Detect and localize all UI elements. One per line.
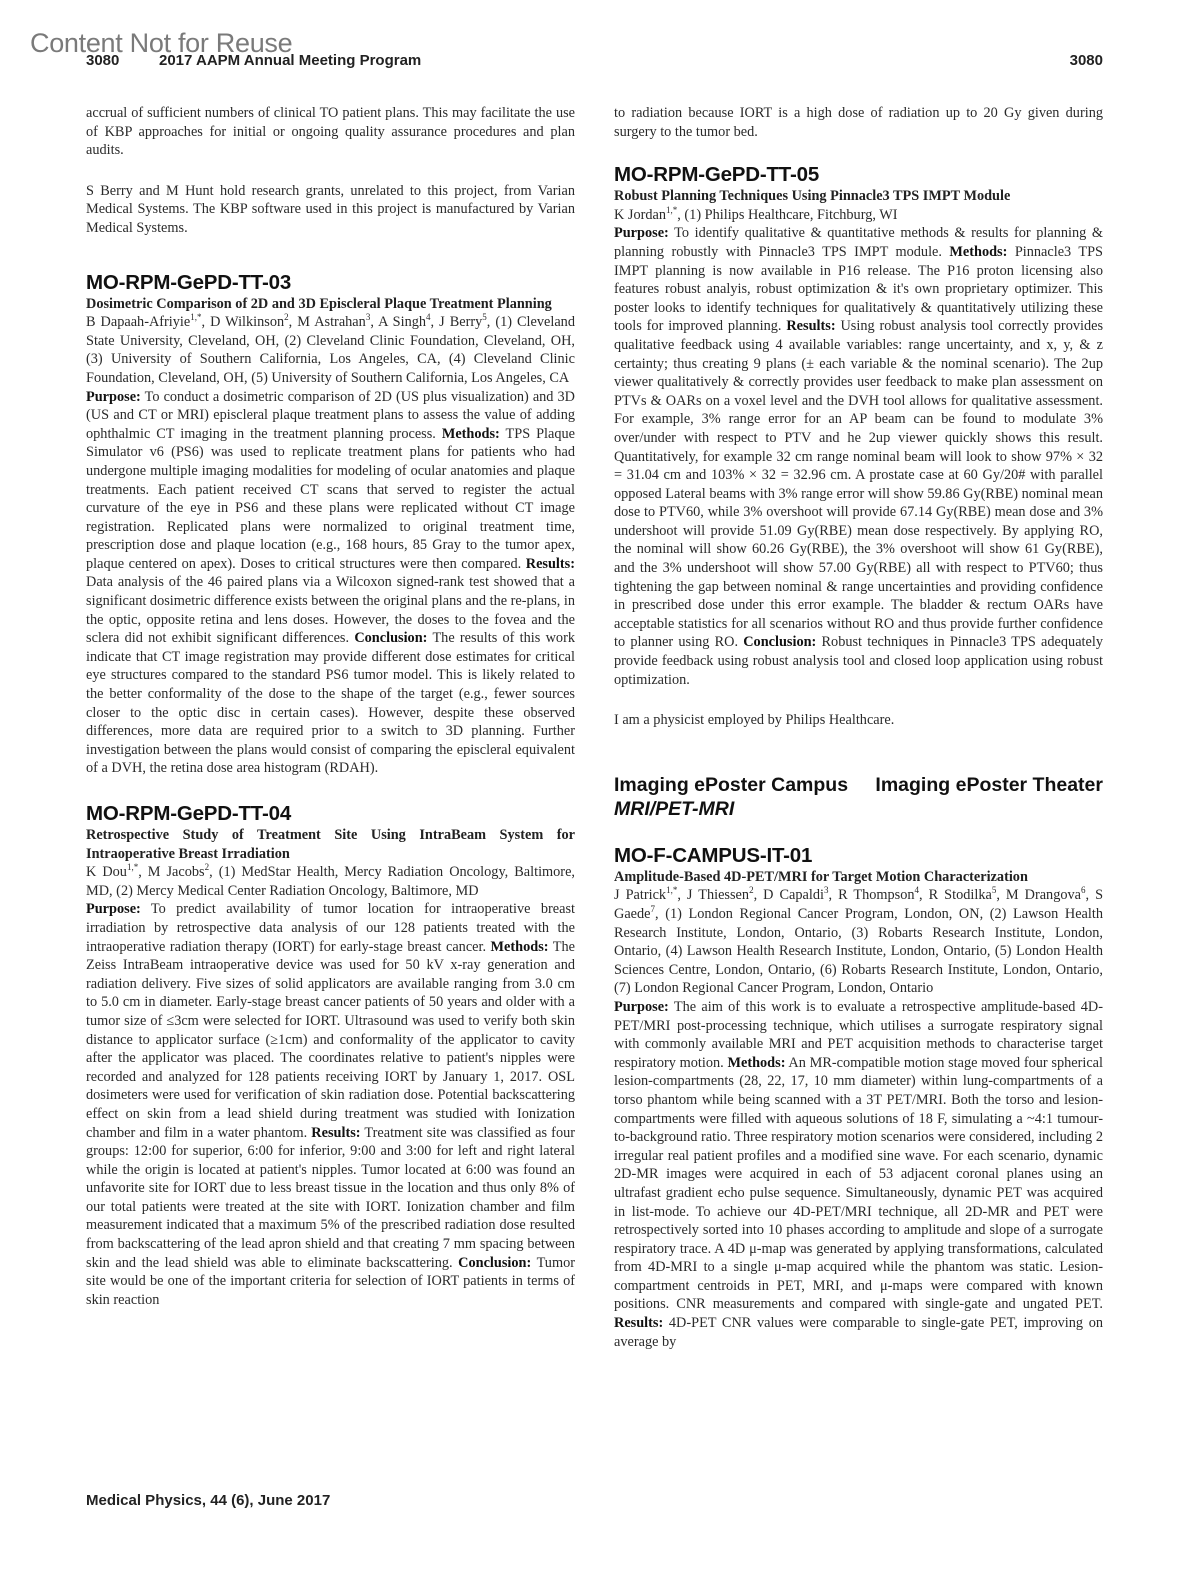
- methods-label: Methods:: [491, 939, 549, 955]
- conclusion-text: The results of this work indicate that C…: [86, 630, 575, 776]
- results-text: Treatment site was classified as four gr…: [86, 1125, 575, 1271]
- abstract-tt-05: MO-RPM-GePD-TT-05 Robust Planning Techni…: [614, 163, 1103, 730]
- author: J Patrick: [614, 887, 666, 903]
- affiliations: (1) Philips Healthcare, Fitchburg, WI: [684, 207, 897, 223]
- results-label: Results:: [311, 1125, 360, 1141]
- abstract-body: Purpose: To conduct a dosimetric compari…: [86, 388, 575, 778]
- continuation-text: to radiation because IORT is a high dose…: [614, 104, 1103, 141]
- results-label: Results:: [614, 1315, 663, 1331]
- author: J Thiessen: [687, 887, 749, 903]
- abstract-title: Dosimetric Comparison of 2D and 3D Episc…: [86, 295, 575, 314]
- abstract-id: MO-RPM-GePD-TT-04: [86, 802, 575, 826]
- author: R Thompson: [838, 887, 914, 903]
- author: R Stodilka: [929, 887, 992, 903]
- author: B Dapaah-Afriyie: [86, 314, 190, 330]
- author: A Singh: [378, 314, 426, 330]
- abstract-body: Purpose: The aim of this work is to eval…: [614, 998, 1103, 1351]
- abstract-tt-03: MO-RPM-GePD-TT-03 Dosimetric Comparison …: [86, 271, 575, 778]
- author: J Berry: [439, 314, 482, 330]
- abstract-authors: J Patrick1,*, J Thiessen2, D Capaldi3, R…: [614, 886, 1103, 998]
- methods-label: Methods:: [727, 1055, 785, 1071]
- conclusion-label: Conclusion:: [458, 1255, 531, 1271]
- purpose-text: To conduct a dosimetric comparison of 2D…: [86, 389, 575, 442]
- abstract-authors: K Jordan1,*, (1) Philips Healthcare, Fit…: [614, 206, 1103, 225]
- footer-citation: Medical Physics, 44 (6), June 2017: [86, 1492, 330, 1509]
- methods-text: The Zeiss IntraBeam intraoperative devic…: [86, 939, 575, 1141]
- session-campus: Imaging ePoster Campus: [614, 776, 848, 795]
- abstract-id: MO-RPM-GePD-TT-05: [614, 163, 1103, 187]
- session-track: MRI/PET-MRI: [614, 800, 734, 819]
- disclosure: I am a physicist employed by Philips Hea…: [614, 711, 1103, 730]
- purpose-label: Purpose:: [86, 901, 141, 917]
- purpose-label: Purpose:: [614, 999, 669, 1015]
- results-label: Results:: [526, 556, 575, 572]
- conclusion-label: Conclusion:: [743, 634, 816, 650]
- abstract-id: MO-F-CAMPUS-IT-01: [614, 844, 1103, 868]
- methods-label: Methods:: [949, 244, 1007, 260]
- affiliations: (1) London Regional Cancer Program, Lond…: [614, 906, 1103, 996]
- author: D Wilkinson: [210, 314, 284, 330]
- methods-text: TPS Plaque Simulator v6 (PS6) was used t…: [86, 426, 575, 572]
- page-number-right: 3080: [1070, 52, 1103, 69]
- abstract-body: Purpose: To identify qualitative & quant…: [614, 224, 1103, 689]
- abstract-authors: B Dapaah-Afriyie1,*, D Wilkinson2, M Ast…: [86, 313, 575, 387]
- author: M Jacobs: [148, 864, 205, 880]
- session-heading: Imaging ePoster Campus Imaging ePoster T…: [614, 776, 1103, 826]
- author: K Dou: [86, 864, 127, 880]
- author: M Drangova: [1006, 887, 1081, 903]
- results-label: Results:: [786, 318, 835, 334]
- purpose-label: Purpose:: [614, 225, 669, 241]
- purpose-label: Purpose:: [86, 389, 141, 405]
- abstract-tt-04: MO-RPM-GePD-TT-04 Retrospective Study of…: [86, 802, 575, 1309]
- methods-text: An MR-compatible motion stage moved four…: [614, 1055, 1103, 1313]
- session-theater: Imaging ePoster Theater: [875, 776, 1103, 795]
- methods-label: Methods:: [442, 426, 500, 442]
- abstract-body: Purpose: To predict availability of tumo…: [86, 900, 575, 1309]
- abstract-title: Robust Planning Techniques Using Pinnacl…: [614, 187, 1103, 206]
- abstract-it-01: MO-F-CAMPUS-IT-01 Amplitude-Based 4D-PET…: [614, 844, 1103, 1351]
- disclosure: S Berry and M Hunt hold research grants,…: [86, 182, 575, 238]
- author: K Jordan: [614, 207, 666, 223]
- continuation-text: accrual of sufficient numbers of clinica…: [86, 104, 575, 160]
- watermark: Content Not for Reuse: [30, 28, 292, 59]
- results-text: Using robust analysis tool correctly pro…: [614, 318, 1103, 650]
- abstract-id: MO-RPM-GePD-TT-03: [86, 271, 575, 295]
- author: M Astrahan: [297, 314, 366, 330]
- conclusion-label: Conclusion:: [354, 630, 427, 646]
- abstract-authors: K Dou1,*, M Jacobs2, (1) MedStar Health,…: [86, 863, 575, 900]
- left-column: accrual of sufficient numbers of clinica…: [86, 104, 575, 1309]
- abstract-title: Retrospective Study of Treatment Site Us…: [86, 826, 575, 863]
- right-column: to radiation because IORT is a high dose…: [614, 104, 1103, 1351]
- abstract-title: Amplitude-Based 4D-PET/MRI for Target Mo…: [614, 868, 1103, 887]
- results-text: 4D-PET CNR values were comparable to sin…: [614, 1315, 1103, 1350]
- author: D Capaldi: [763, 887, 824, 903]
